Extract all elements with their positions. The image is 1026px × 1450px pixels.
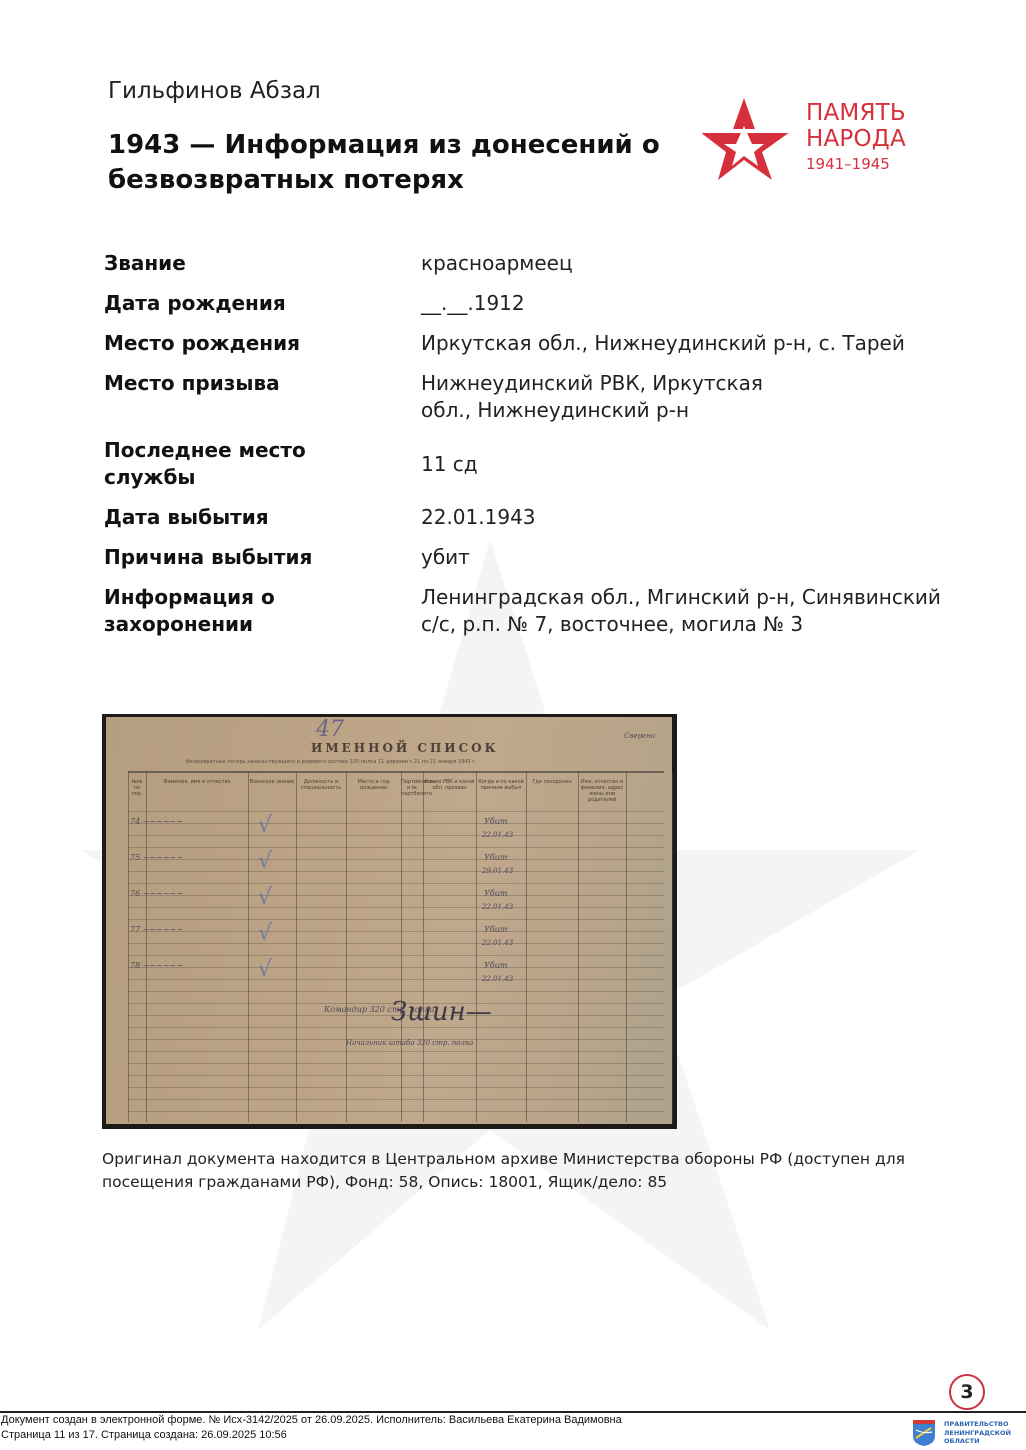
field-label: Последнее место службы [104,437,421,504]
scan-row-line [128,1051,664,1052]
scan-signature-mark: Зшин— [391,997,492,1027]
scan-row-line [128,1111,664,1112]
field-last-service: Последнее место службы 11 сд [104,437,944,504]
scan-row-line [128,1099,664,1100]
scan-entry-number: 76 ~~~~~~ [130,889,183,898]
scan-row-line [128,955,664,956]
archive-caption: Оригинал документа находится в Центральн… [102,1148,922,1194]
scan-row-line [128,967,664,968]
field-label: Место рождения [104,330,421,370]
scan-row-line [128,919,664,920]
scan-column-header: Должность и специальность [296,779,346,791]
scan-page-mark: 47 [316,717,344,742]
scan-column-line [672,772,673,1122]
field-label: Место призыва [104,370,421,437]
scan-entry-status: Убит [484,853,507,862]
scan-signature-2: Начальник штаба 320 стр. полка [346,1039,473,1047]
field-birth-place: Место рождения Иркутская обл., Нижнеудин… [104,330,944,370]
field-value: Иркутская обл., Нижнеудинский р-н, с. Та… [421,330,944,370]
scan-row-line [128,1027,664,1028]
scan-row-line [128,847,664,848]
document-title: 1943 — Информация из донесений о безвозв… [108,128,708,198]
scan-row-line [128,991,664,992]
scan-column-line [248,772,249,1122]
scan-paper: ИМЕННОЙ СПИСОК безвозвратных потерь нача… [106,717,672,1124]
scan-row-line [128,943,664,944]
scan-row-line [128,811,664,812]
scan-row-line [128,835,664,836]
coat-of-arms-icon [912,1420,936,1446]
scan-column-line [526,772,527,1122]
footer-line-2: Страница 11 из 17. Страница создана: 26.… [1,1428,622,1443]
scan-entry-number: 77 ~~~~~~ [130,925,183,934]
field-value: __.__.1912 [421,290,944,330]
scan-entry-status: Убит [484,961,507,970]
scan-check-mark-icon: √ [258,957,272,982]
scan-row-line [128,979,664,980]
scan-entry-status: Убит [484,817,507,826]
field-value: 11 сд [421,437,944,504]
scan-entry-date: 22.01.43 [482,831,513,839]
scan-entry-number: 75 ~~~~~~ [130,853,183,862]
field-label: Звание [104,250,421,290]
scan-title: ИМЕННОЙ СПИСОК [311,741,499,755]
pamyat-naroda-logo: ПАМЯТЬ НАРОДА 1941–1945 [702,96,942,186]
field-value: убит [421,544,944,584]
scan-row-line [128,931,664,932]
gov-logo-line-2: ЛЕНИНГРАДСКОЙ [944,1429,1011,1438]
scan-check-mark-icon: √ [258,885,272,910]
gov-logo-line-1: ПРАВИТЕЛЬСТВО [944,1420,1011,1429]
scan-subtitle: безвозвратных потерь начальствующего и р… [186,759,476,765]
logo-line-1: ПАМЯТЬ [806,100,906,126]
scan-column-line [476,772,477,1122]
field-birth-date: Дата рождения __.__.1912 [104,290,944,330]
field-label: Причина выбытия [104,544,421,584]
scan-row-line [128,895,664,896]
field-departure-date: Дата выбытия 22.01.1943 [104,504,944,544]
footer: Документ создан в электронной форме. № И… [1,1413,622,1442]
scan-row-line [128,907,664,908]
gov-logo-line-3: ОБЛАСТИ [944,1437,1011,1446]
scan-entry-status: Убит [484,925,507,934]
scan-check-mark-icon: √ [258,849,272,874]
field-rank: Звание красноармеец [104,250,944,290]
archive-document-scan[interactable]: ИМЕННОЙ СПИСОК безвозвратных потерь нача… [102,714,677,1129]
scan-entry-date: 29.01.43 [482,867,513,875]
scan-stamp-note: Сверено [624,732,655,740]
scan-column-line [401,772,402,1122]
scan-header-line [128,771,664,773]
leningrad-government-logo: ПРАВИТЕЛЬСТВО ЛЕНИНГРАДСКОЙ ОБЛАСТИ [912,1418,1024,1448]
scan-column-header: Воинское звание [248,779,296,785]
scan-check-mark-icon: √ [258,813,272,838]
logo-line-2: НАРОДА [806,126,906,152]
scan-row-line [128,871,664,872]
scan-column-header: Партийность и № партбилета [401,779,423,797]
page-number-badge: 3 [949,1374,985,1410]
scan-column-line [423,772,424,1122]
scan-row-line [128,883,664,884]
field-value: Ленинградская обл., Мгинский р-н, Синяви… [421,584,944,651]
scan-column-line [578,772,579,1122]
footer-line-1: Документ создан в электронной форме. № И… [1,1413,622,1428]
field-label: Информация о захоронении [104,584,421,651]
scan-column-header: Фамилия, имя и отчество [146,779,248,785]
field-departure-reason: Причина выбытия убит [104,544,944,584]
scan-column-header: Где похоронен [526,779,578,785]
scan-column-line [346,772,347,1122]
scan-row-line [128,1063,664,1064]
red-star-icon [702,96,792,186]
scan-row-line [128,859,664,860]
field-conscription-place: Место призыва Нижнеудинский РВК, Иркутск… [104,370,944,437]
scan-column-header: Когда и по какой причине выбыл [476,779,526,791]
scan-entry-date: 22.01.43 [482,903,513,911]
scan-column-line [128,772,129,1122]
scan-entry-date: 22.01.43 [482,939,513,947]
scan-row-line [128,823,664,824]
field-value: красноармеец [421,250,944,290]
scan-check-mark-icon: √ [258,921,272,946]
scan-column-header: Имя, отчество и фамилия, адрес жены или … [578,779,626,803]
scan-entry-status: Убит [484,889,507,898]
scan-row-line [128,1075,664,1076]
scan-column-header: №№ по пор. [128,779,146,797]
scan-entry-date: 22.01.43 [482,975,513,983]
scan-column-line [296,772,297,1122]
logo-years: 1941–1945 [806,153,906,175]
scan-entry-number: 74 ~~~~~~ [130,817,183,826]
scan-row-line [128,1087,664,1088]
scan-column-header: Каким РВК и какой обл. призван [423,779,476,791]
scan-entry-number: 78 ~~~~~~ [130,961,183,970]
field-burial-info: Информация о захоронении Ленинградская о… [104,584,944,651]
scan-column-header: Место и год рождения [346,779,401,791]
field-label: Дата выбытия [104,504,421,544]
field-label: Дата рождения [104,290,421,330]
field-value: Нижнеудинский РВК, Иркутская обл., Нижне… [421,370,944,437]
soldier-info-table: Звание красноармеец Дата рождения __.__.… [104,250,944,651]
person-name: Гильфинов Абзал [108,78,321,104]
field-value: 22.01.1943 [421,504,944,544]
scan-column-line [626,772,627,1122]
